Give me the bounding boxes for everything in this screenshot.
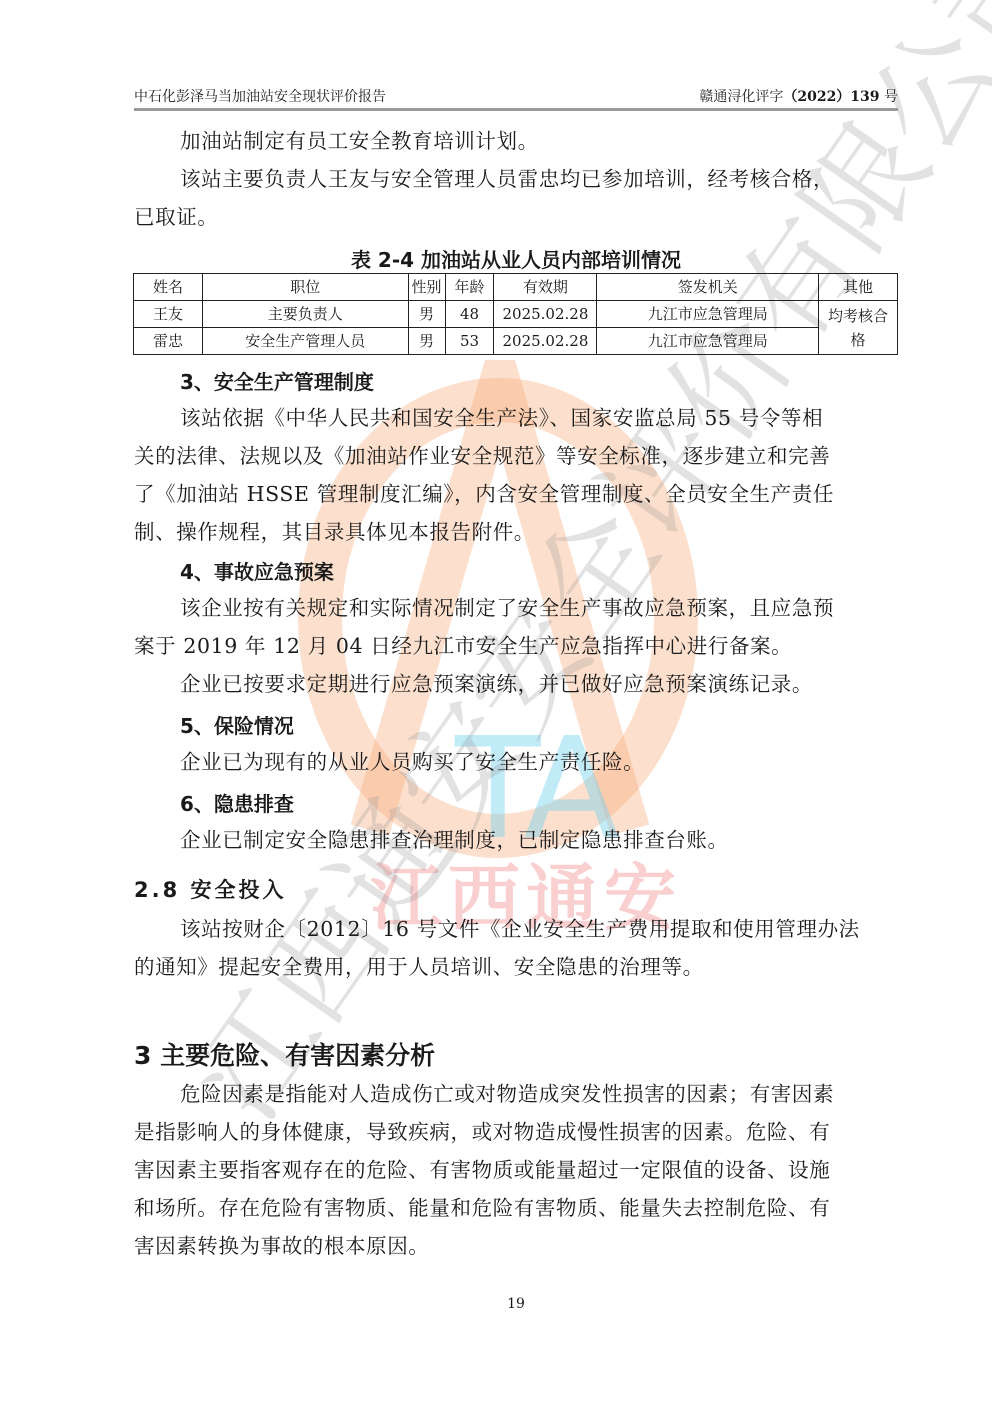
training-table: 姓名 职位 性别 年龄 有效期 签发机关 其他 王友 主要负责人 男 48 20… xyxy=(133,273,898,355)
cell-position: 主要负责人 xyxy=(202,301,408,328)
paragraph-line: 的通知》提起安全费用，用于人员培训、安全隐患的治理等。 xyxy=(134,948,704,986)
page-header: 中石化彭泽马当加油站安全现状评价报告 赣通浔化评字（2022）139 号 xyxy=(134,86,898,110)
cell-name: 王友 xyxy=(134,301,203,328)
report-number: 赣通浔化评字（2022）139 号 xyxy=(699,86,898,106)
document-page: TA 江西通安 江西通安安全评价有限公司 中石化彭泽马当加油站安全现状评价报告 … xyxy=(0,0,992,1403)
cell-gender: 男 xyxy=(408,328,445,355)
table-row: 雷忠 安全生产管理人员 男 53 2025.02.28 九江市应急管理局 xyxy=(134,328,898,355)
paragraph-line: 制、操作规程，其目录具体见本报告附件。 xyxy=(134,513,535,551)
paragraph-line: 害因素主要指客观存在的危险、有害物质或能量超过一定限值的设备、设施 xyxy=(134,1151,830,1189)
paragraph-line: 和场所。存在危险有害物质、能量和危险有害物质、能量失去控制危险、有 xyxy=(134,1189,830,1227)
section-heading: 3、安全生产管理制度 xyxy=(180,366,374,395)
section-heading: 4、事故应急预案 xyxy=(180,556,334,585)
header-rule xyxy=(134,108,898,111)
cell-valid-until: 2025.02.28 xyxy=(494,301,597,328)
cell-position: 安全生产管理人员 xyxy=(202,328,408,355)
cell-valid-until: 2025.02.28 xyxy=(494,328,597,355)
cell-issuer: 九江市应急管理局 xyxy=(597,301,819,328)
paragraph-line: 该站按财企〔2012〕16 号文件《企业安全生产费用提取和使用管理办法 xyxy=(180,910,860,948)
table-caption: 表 2-4 加油站从业人员内部培训情况 xyxy=(0,244,992,273)
paragraph-line: 企业已按要求定期进行应急预案演练，并已做好应急预案演练记录。 xyxy=(180,665,813,703)
cell-age: 48 xyxy=(445,301,494,328)
paragraph-line: 该企业按有关规定和实际情况制定了安全生产事故应急预案，且应急预 xyxy=(180,589,834,627)
section-heading: 5、保险情况 xyxy=(180,710,294,739)
paragraph-line: 危险因素是指能对人造成伤亡或对物造成突发性损害的因素；有害因素 xyxy=(180,1075,834,1113)
paragraph-line: 企业已为现有的从业人员购买了安全生产责任险。 xyxy=(180,743,644,781)
cell-name: 雷忠 xyxy=(134,328,203,355)
column-header: 其他 xyxy=(819,274,898,301)
column-header: 年龄 xyxy=(445,274,494,301)
chapter-heading: 3 主要危险、有害因素分析 xyxy=(134,1036,435,1072)
paragraph: 该站主要负责人王友与安全管理人员雷忠均已参加培训，经考核合格， xyxy=(180,160,834,198)
column-header: 职位 xyxy=(202,274,408,301)
cell-gender: 男 xyxy=(408,301,445,328)
section-heading: 2.8 安全投入 xyxy=(134,874,287,904)
column-header: 性别 xyxy=(408,274,445,301)
section-heading: 6、隐患排查 xyxy=(180,788,294,817)
paragraph-line: 关的法律、法规以及《加油站作业安全规范》等安全标准，逐步建立和完善 xyxy=(134,437,830,475)
page-number: 19 xyxy=(0,1296,992,1312)
cell-issuer: 九江市应急管理局 xyxy=(597,328,819,355)
paragraph-line: 是指影响人的身体健康，导致疾病，或对物造成慢性损害的因素。危险、有 xyxy=(134,1113,830,1151)
cell-age: 53 xyxy=(445,328,494,355)
report-title: 中石化彭泽马当加油站安全现状评价报告 xyxy=(134,86,386,106)
paragraph: 加油站制定有员工安全教育培训计划。 xyxy=(180,122,539,160)
column-header: 有效期 xyxy=(494,274,597,301)
column-header: 签发机关 xyxy=(597,274,819,301)
paragraph: 已取证。 xyxy=(134,198,218,236)
paragraph-line: 害因素转换为事故的根本原因。 xyxy=(134,1227,429,1265)
paragraph-line: 了《加油站 HSSE 管理制度汇编》，内含安全管理制度、全员安全生产责任 xyxy=(134,475,834,513)
paragraph-line: 企业已制定安全隐患排查治理制度，已制定隐患排查台账。 xyxy=(180,821,729,859)
table-header-row: 姓名 职位 性别 年龄 有效期 签发机关 其他 xyxy=(134,274,898,301)
cell-other: 均考核合格 xyxy=(819,301,898,355)
paragraph-line: 该站依据《中华人民共和国安全生产法》、国家安监总局 55 号令等相 xyxy=(180,399,823,437)
table-row: 王友 主要负责人 男 48 2025.02.28 九江市应急管理局 均考核合格 xyxy=(134,301,898,328)
column-header: 姓名 xyxy=(134,274,203,301)
paragraph-line: 案于 2019 年 12 月 04 日经九江市安全生产应急指挥中心进行备案。 xyxy=(134,627,792,665)
